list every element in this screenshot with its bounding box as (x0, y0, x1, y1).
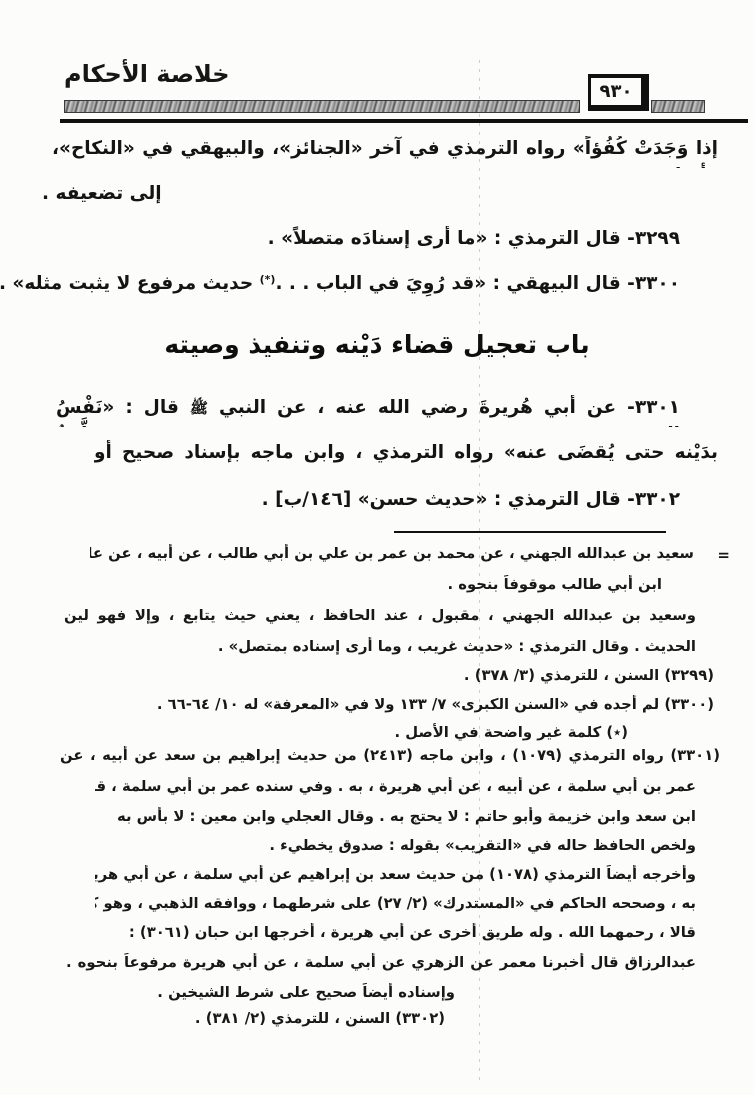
footnote-continuation-marker: = (717, 546, 730, 564)
paragraph-line: إذا وَجَدَتْ كُفُؤاً» رواه الترمذي في آخ… (52, 136, 718, 168)
book-page: خلاصة الأحكام ٩٣٠ إذا وَجَدَتْ كُفُؤاً» … (0, 0, 754, 1095)
hadith-3299-line: ٣٢٩٩- قال الترمذي : «ما أرى إسنادَه متصل… (268, 226, 680, 258)
page-number: ٩٣٠ (600, 83, 633, 101)
hadith-3301-line2: بدَيْنه حتى يُقضَى عنه» رواه الترمذي ، و… (94, 440, 718, 472)
footnote-3301-line: ابن سعد وابن خزيمة وأبو حاتم : لا يحتج ب… (112, 807, 696, 833)
chapter-title: باب تعجيل قضاء دَيْنه وتنفيذ وصيته (0, 330, 754, 359)
hadith-3301-line1: ٣٣٠١- عن أبي هُريرةَ رضي الله عنه ، عن ا… (56, 395, 680, 427)
footnote-3301-line: ولخص الحافظ حاله في «التقريب» بقوله : صد… (269, 836, 696, 862)
asterisk-marker: (*) (260, 273, 276, 286)
footnote-3301-line: به ، وصححه الحاكم في «المستدرك» (٢/ ٢٧) … (95, 894, 696, 920)
pbuh-ligature: ﷺ (190, 399, 208, 417)
footnote-line: ابن أبي طالب موقوفاً بنحوه . (447, 575, 662, 601)
header-rule (60, 119, 748, 123)
page-number-box: ٩٣٠ (588, 74, 649, 111)
footnote-3299: (٣٢٩٩) السنن ، للترمذي (٣/ ٣٧٨) . (464, 666, 714, 692)
header-ornament-bar-right (651, 100, 705, 113)
footnote-3301-line: وإسناده أيضاً صحيح على شرط الشيخين . (157, 983, 455, 1009)
hadith-3302-line: ٣٣٠٢- قال الترمذي : «حديث حسن» [١٤٦/ب] . (262, 487, 680, 519)
footnote-line: الحديث . وقال الترمذي : «حديث غريب ، وما… (218, 637, 696, 663)
footnote-3301-line: وأخرجه أيضاً الترمذي (١٠٧٨) من حديث سعد … (95, 865, 696, 891)
footnote-3301-line: قالا ، رحمهما الله . وله طريق أخرى عن أب… (129, 923, 696, 949)
hadith-3300-text-cont: حديث مرفوع لا يثبت مثله» . (0, 273, 260, 294)
hadith-3301-text: ٣٣٠١- عن أبي هُريرةَ رضي الله عنه ، عن ا… (208, 397, 680, 418)
header-ornament-bar-left (64, 100, 580, 113)
footnote-3301-line: (٣٣٠١) رواه الترمذي (١٠٧٩) ، وابن ماجه (… (60, 746, 720, 772)
footnote-separator (394, 531, 666, 533)
footnote-3302: (٣٣٠٢) السنن ، للترمذي (٢/ ٣٨١) . (195, 1009, 445, 1035)
footnote-3301-line: عبدالرزاق قال أخبرنا معمر عن الزهري عن أ… (66, 953, 696, 979)
hadith-3300-text: ٣٣٠٠- قال البيهقي : «قد رُوِيَ في الباب … (275, 273, 680, 294)
footnote-line: سعيد بن عبدالله الجهني ، عن محمد بن عمر … (90, 544, 694, 570)
paragraph-line: إلى تضعيفه . (42, 181, 162, 213)
footnote-line: وسعيد بن عبدالله الجهني ، مقبول ، عند ال… (64, 606, 696, 632)
hadith-3300-line: ٣٣٠٠- قال البيهقي : «قد رُوِيَ في الباب … (0, 271, 680, 303)
book-title: خلاصة الأحكام (64, 60, 230, 88)
footnote-3300: (٣٣٠٠) لم أجده في «السنن الكبرى» ٧/ ١٣٣ … (157, 695, 714, 721)
footnote-3301-line: عمر بن أبي سلمة ، عن أبيه ، عن أبي هريرة… (95, 777, 696, 803)
